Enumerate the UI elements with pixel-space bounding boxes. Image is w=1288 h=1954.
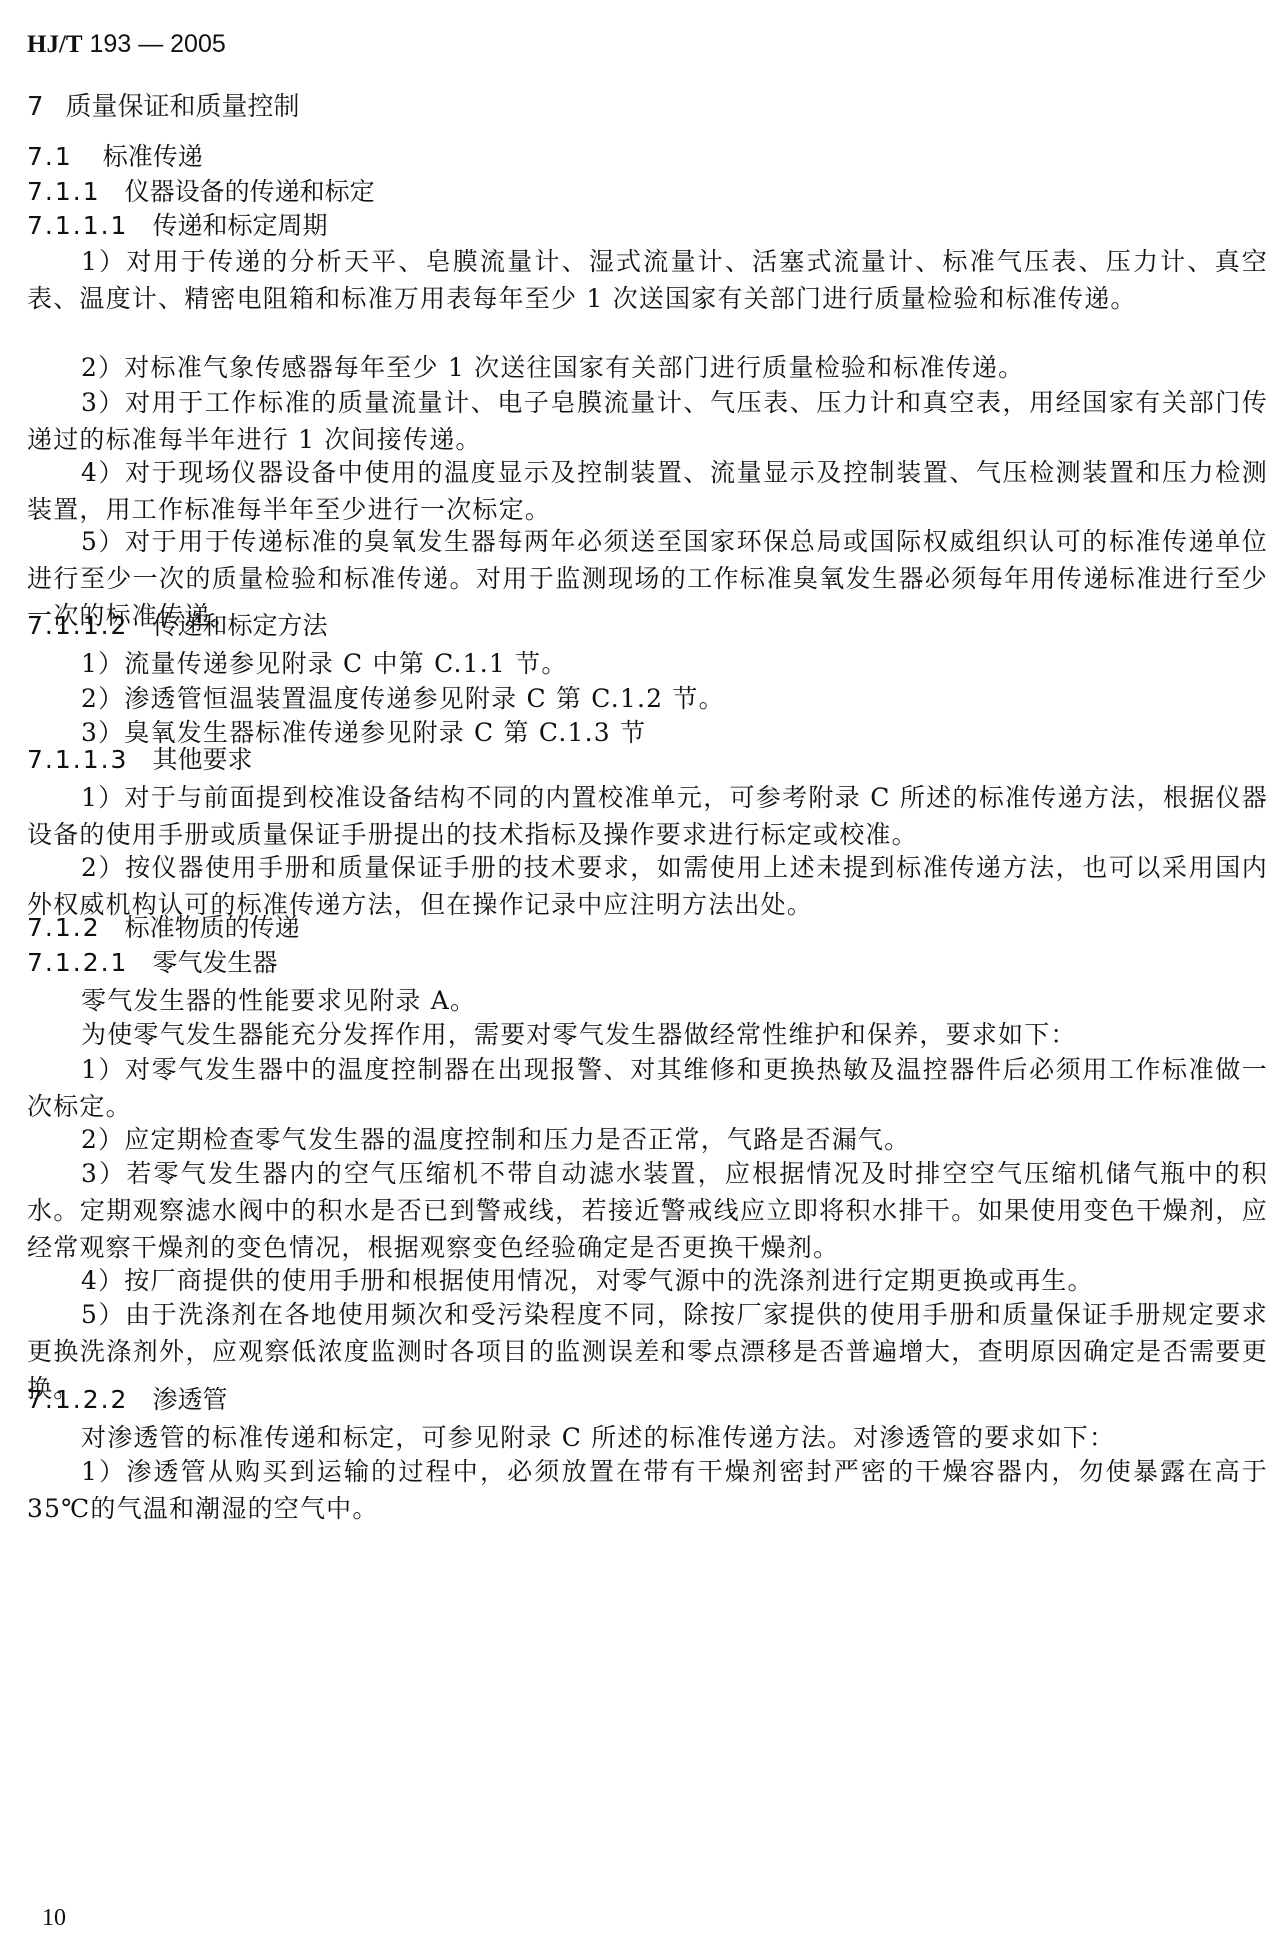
heading-7-1-1: 7.1.1仪器设备的传递和标定 xyxy=(27,172,375,208)
paragraph: 为使零气发生器能充分发挥作用，需要对零气发生器做经常性维护和保养，要求如下： xyxy=(27,1016,1268,1053)
paragraph: 3）若零气发生器内的空气压缩机不带自动滤水装置，应根据情况及时排空空气压缩机储气… xyxy=(27,1155,1268,1266)
heading-title: 传递和标定周期 xyxy=(152,211,327,240)
heading-number: 7.1.1.1 xyxy=(27,211,128,240)
page-number: 10 xyxy=(42,1905,66,1932)
heading-number: 7.1.1 xyxy=(27,177,101,206)
heading-title: 标准物质的传递 xyxy=(125,913,300,942)
paragraph: 对渗透管的标准传递和标定，可参见附录 C 所述的标准传递方法。对渗透管的要求如下… xyxy=(27,1419,1268,1456)
paragraph: 2）渗透管恒温装置温度传递参见附录 C 第 C.1.2 节。 xyxy=(27,680,1268,717)
paragraph: 4）对于现场仪器设备中使用的温度显示及控制装置、流量显示及控制装置、气压检测装置… xyxy=(27,454,1268,528)
heading-number: 7 xyxy=(27,92,44,122)
paragraph: 4）按厂商提供的使用手册和根据使用情况，对零气源中的洗涤剂进行定期更换或再生。 xyxy=(27,1262,1268,1299)
heading-7-1-2: 7.1.2标准物质的传递 xyxy=(27,908,300,944)
paragraph: 1）对于与前面提到校准设备结构不同的内置校准单元，可参考附录 C 所述的标准传递… xyxy=(27,779,1268,853)
standard-number: 193 — 2005 xyxy=(90,30,226,58)
standard-header: HJ/T 193 — 2005 xyxy=(27,30,226,59)
heading-number: 7.1.2.2 xyxy=(27,1385,128,1414)
heading-title: 质量保证和质量控制 xyxy=(66,92,300,122)
paragraph: 零气发生器的性能要求见附录 A。 xyxy=(27,982,1268,1019)
heading-7-1-1-2: 7.1.1.2传递和标定方法 xyxy=(27,606,327,642)
heading-7-1-2-1: 7.1.2.1零气发生器 xyxy=(27,943,277,979)
heading-title: 标准传递 xyxy=(103,142,203,171)
heading-title: 渗透管 xyxy=(152,1385,227,1414)
heading-title: 零气发生器 xyxy=(152,948,277,977)
heading-7-1: 7.1标准传递 xyxy=(27,137,203,173)
paragraph: 2）对标准气象传感器每年至少 1 次送往国家有关部门进行质量检验和标准传递。 xyxy=(27,349,1268,386)
paragraph: 3）对用于工作标准的质量流量计、电子皂膜流量计、气压表、压力计和真空表，用经国家… xyxy=(27,384,1268,458)
heading-number: 7.1.1.2 xyxy=(27,611,128,640)
paragraph: 1）流量传递参见附录 C 中第 C.1.1 节。 xyxy=(27,645,1268,682)
section-heading-7: 7质量保证和质量控制 xyxy=(27,86,300,123)
paragraph: 1）渗透管从购买到运输的过程中，必须放置在带有干燥剂密封严密的干燥容器内，勿使暴… xyxy=(27,1453,1268,1527)
heading-number: 7.1.2 xyxy=(27,913,101,942)
heading-number: 7.1.1.3 xyxy=(27,745,128,774)
paragraph: 2）应定期检查零气发生器的温度控制和压力是否正常，气路是否漏气。 xyxy=(27,1121,1268,1158)
heading-number: 7.1.2.1 xyxy=(27,948,128,977)
heading-number: 7.1 xyxy=(27,142,73,171)
heading-7-1-1-1: 7.1.1.1传递和标定周期 xyxy=(27,206,327,242)
heading-7-1-2-2: 7.1.2.2渗透管 xyxy=(27,1380,227,1416)
heading-title: 仪器设备的传递和标定 xyxy=(125,177,375,206)
heading-title: 传递和标定方法 xyxy=(152,611,327,640)
paragraph: 1）对零气发生器中的温度控制器在出现报警、对其维修和更换热敏及温控器件后必须用工… xyxy=(27,1051,1268,1125)
heading-title: 其他要求 xyxy=(152,745,252,774)
standard-prefix: HJ/T xyxy=(27,31,83,58)
heading-7-1-1-3: 7.1.1.3其他要求 xyxy=(27,740,252,776)
paragraph: 1）对用于传递的分析天平、皂膜流量计、湿式流量计、活塞式流量计、标准气压表、压力… xyxy=(27,243,1268,317)
